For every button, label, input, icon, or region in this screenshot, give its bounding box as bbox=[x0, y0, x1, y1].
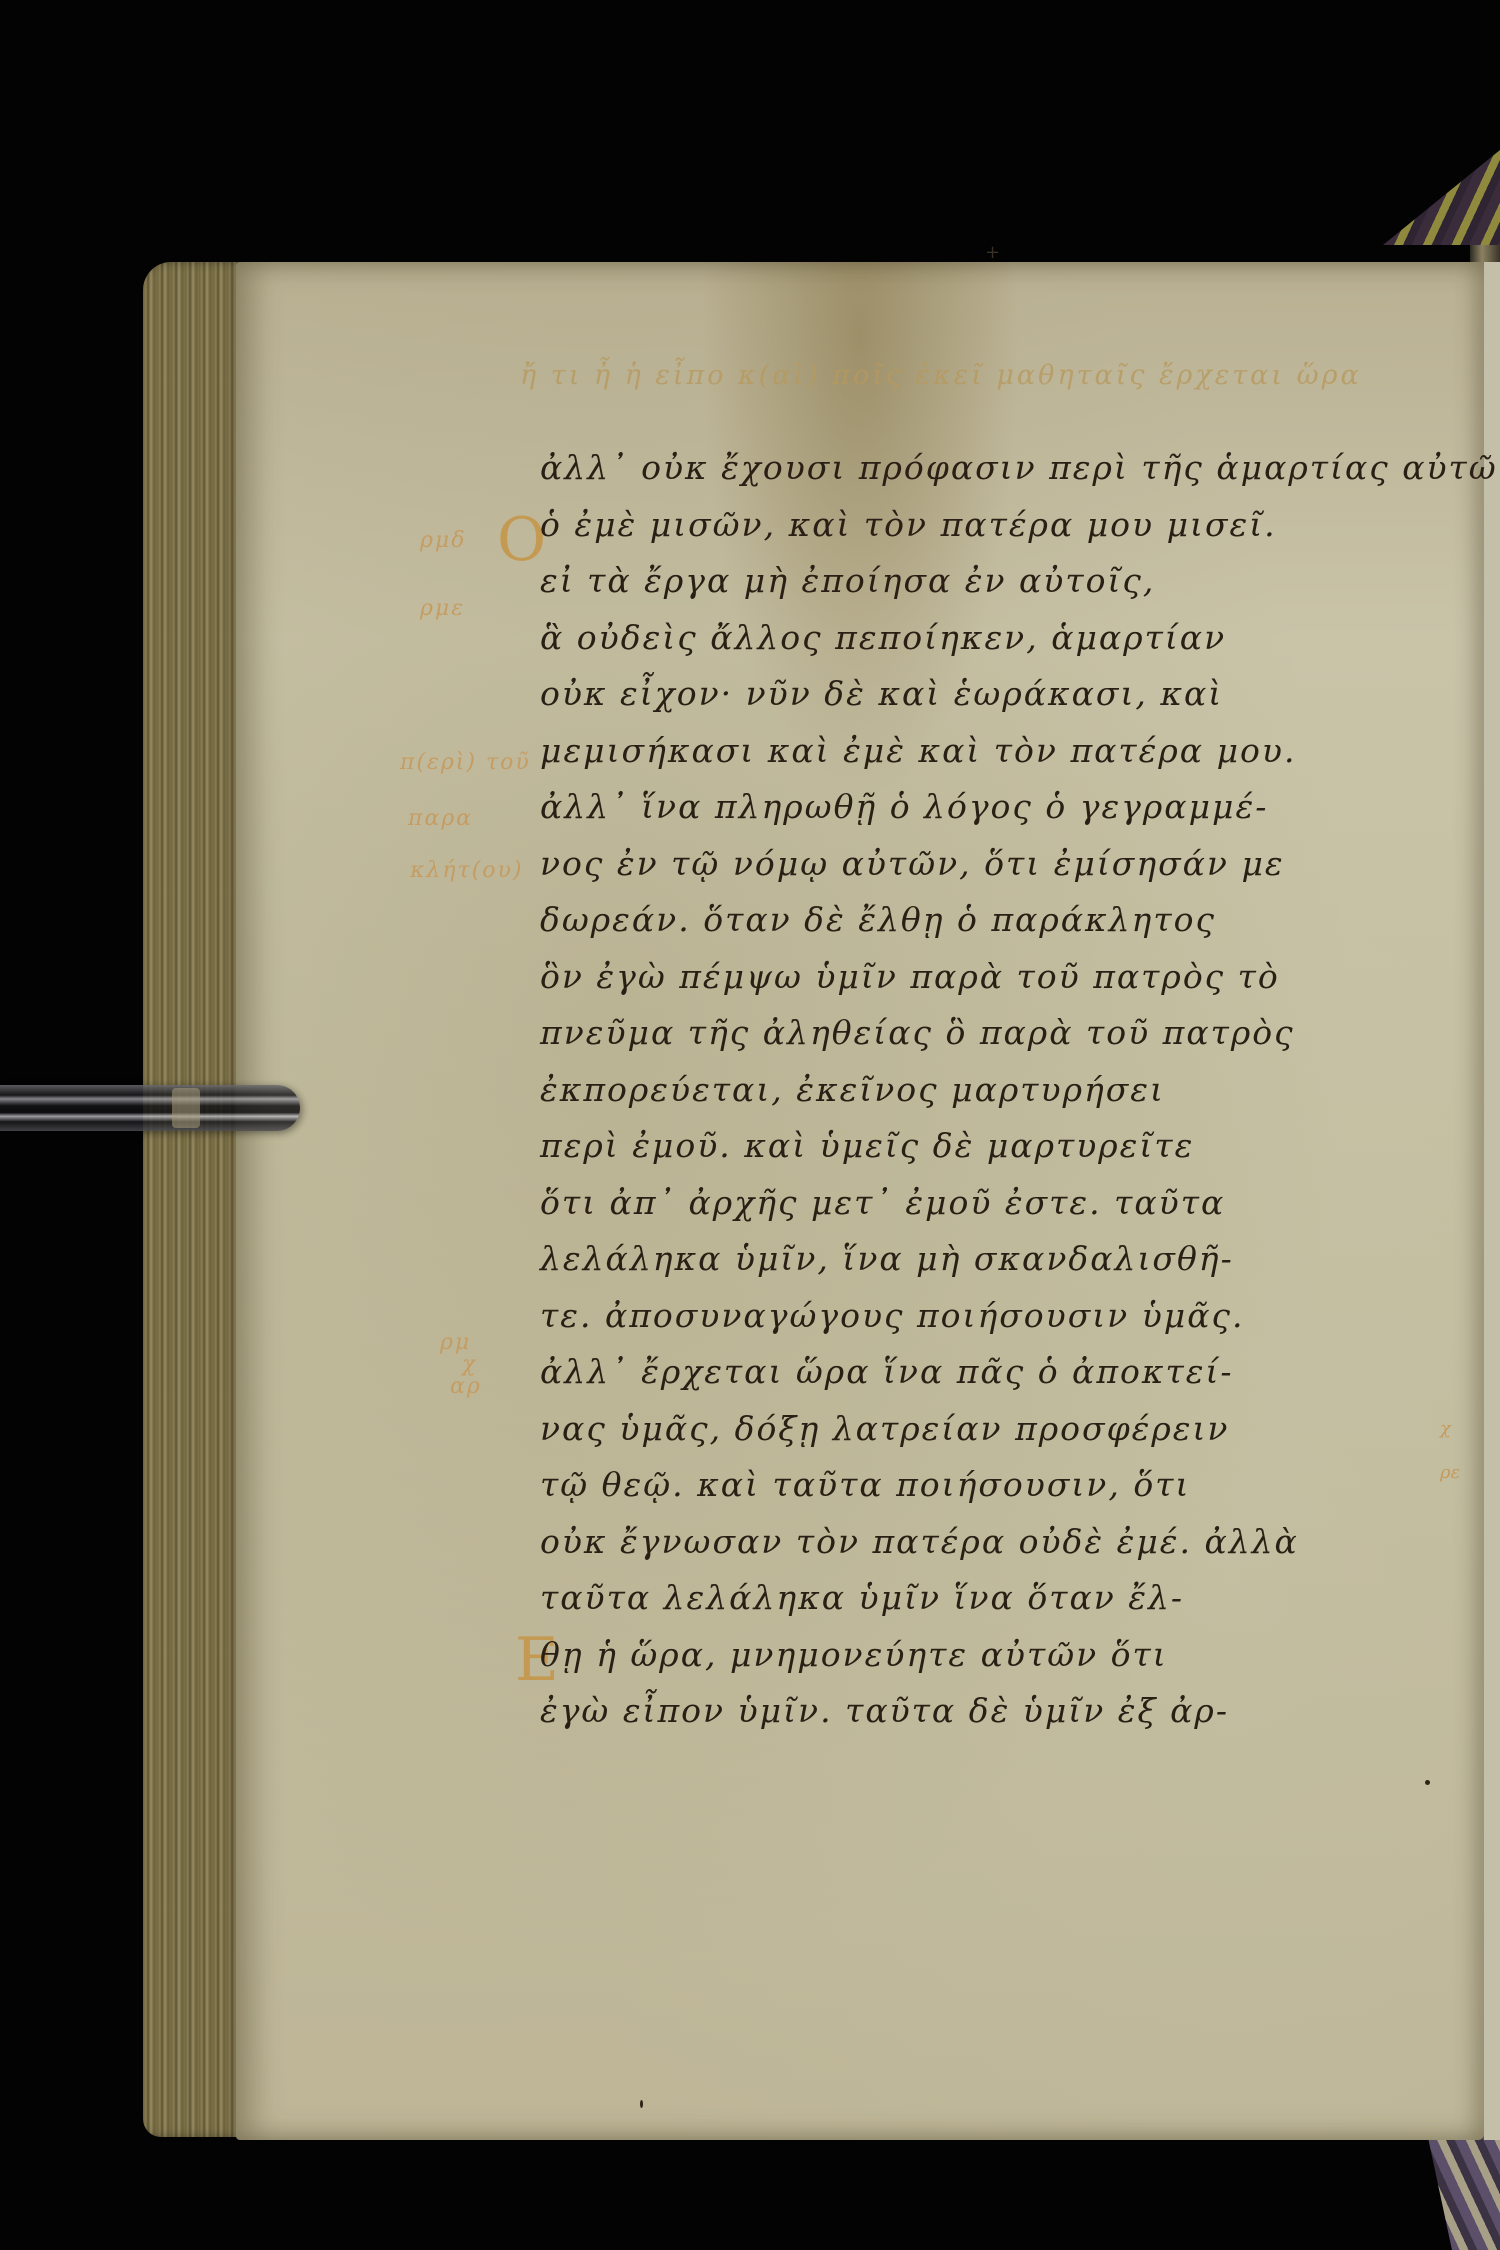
text-line: ὅτι ἀπ᾽ ἀρχῆς μετ᾽ ἐμοῦ ἐστε. ταῦτα bbox=[540, 1175, 1420, 1232]
text-line: εἰ τὰ ἔργα μὴ ἐποίησα ἐν αὐτοῖς, bbox=[540, 553, 1420, 610]
text-line: ἀλλ᾽ οὐκ ἔχουσι πρόφασιν περὶ τῆς ἁμαρτί… bbox=[540, 440, 1420, 497]
ink-speck bbox=[1425, 1780, 1430, 1785]
margin-note: ρμδ bbox=[420, 528, 466, 553]
facing-page-edge bbox=[1484, 262, 1500, 2140]
text-line: τε. ἀποσυναγώγους ποιήσουσιν ὑμᾶς. bbox=[540, 1288, 1420, 1345]
text-line: δωρεάν. ὅταν δὲ ἔλθῃ ὁ παράκλητος bbox=[540, 892, 1420, 949]
glass-page-weight-rod bbox=[0, 1085, 300, 1131]
text-line: οὐκ εἶχον· νῦν δὲ καὶ ἑωράκασι, καὶ bbox=[540, 666, 1420, 723]
page-fore-edge bbox=[143, 262, 243, 2137]
text-line: πνεῦμα τῆς ἀληθείας ὃ παρὰ τοῦ πατρὸς bbox=[540, 1005, 1420, 1062]
text-line: ἐκπορεύεται, ἐκεῖνος μαρτυρήσει bbox=[540, 1062, 1420, 1119]
text-line: ἐγὼ εἶπον ὑμῖν. ταῦτα δὲ ὑμῖν ἐξ ἀρ- bbox=[540, 1683, 1420, 1740]
text-line: νος ἐν τῷ νόμῳ αὐτῶν, ὅτι ἐμίσησάν με bbox=[540, 836, 1420, 893]
text-line: ἀλλ᾽ ἵνα πληρωθῇ ὁ λόγος ὁ γεγραμμέ- bbox=[540, 779, 1420, 836]
text-line: νας ὑμᾶς, δόξῃ λατρείαν προσφέρειν bbox=[540, 1401, 1420, 1458]
margin-note: αρ bbox=[450, 1374, 482, 1399]
margin-note: κλήτ(ου) bbox=[410, 858, 524, 883]
running-head: ἤ τι ἦ ἡ εἶπο κ(αὶ) ποῖς ἐκεῖ μαθηταῖς ἔ… bbox=[520, 360, 1380, 391]
text-line: ὁ ἐμὲ μισῶν, καὶ τὸν πατέρα μου μισεῖ. bbox=[540, 497, 1420, 554]
text-line: ταῦτα λελάληκα ὑμῖν ἵνα ὅταν ἔλ- bbox=[540, 1570, 1420, 1627]
headband-top bbox=[1370, 150, 1500, 245]
margin-note-right: ρε bbox=[1440, 1462, 1460, 1483]
margin-note-right: χ bbox=[1440, 1418, 1451, 1439]
text-line: τῷ θεῷ. καὶ ταῦτα ποιήσουσιν, ὅτι bbox=[540, 1457, 1420, 1514]
margin-note: ρμε bbox=[420, 596, 465, 621]
rod-reflection-band bbox=[172, 1088, 200, 1128]
text-line: ὃν ἐγὼ πέμψω ὑμῖν παρὰ τοῦ πατρὸς τὸ bbox=[540, 949, 1420, 1006]
margin-note: παρα bbox=[408, 806, 473, 831]
top-cross-mark: + bbox=[985, 242, 1000, 263]
text-line: θῃ ἡ ὥρα, μνημονεύητε αὐτῶν ὅτι bbox=[540, 1627, 1420, 1684]
main-text-block: ἀλλ᾽ οὐκ ἔχουσι πρόφασιν περὶ τῆς ἁμαρτί… bbox=[540, 440, 1420, 1740]
text-line: λελάληκα ὑμῖν, ἵνα μὴ σκανδαλισθῆ- bbox=[540, 1231, 1420, 1288]
ink-speck bbox=[640, 2100, 643, 2108]
margin-note: π(ερὶ) τοῦ bbox=[400, 750, 531, 775]
rubricated-initial-omicron: Ο bbox=[497, 505, 546, 575]
text-line: μεμισήκασι καὶ ἐμὲ καὶ τὸν πατέρα μου. bbox=[540, 723, 1420, 780]
text-line: ἃ οὐδεὶς ἄλλος πεποίηκεν, ἁμαρτίαν bbox=[540, 610, 1420, 667]
text-line: περὶ ἐμοῦ. καὶ ὑμεῖς δὲ μαρτυρεῖτε bbox=[540, 1118, 1420, 1175]
text-line: οὐκ ἔγνωσαν τὸν πατέρα οὐδὲ ἐμέ. ἀλλὰ bbox=[540, 1514, 1420, 1571]
text-line: ἀλλ᾽ ἔρχεται ὥρα ἵνα πᾶς ὁ ἀποκτεί- bbox=[540, 1344, 1420, 1401]
